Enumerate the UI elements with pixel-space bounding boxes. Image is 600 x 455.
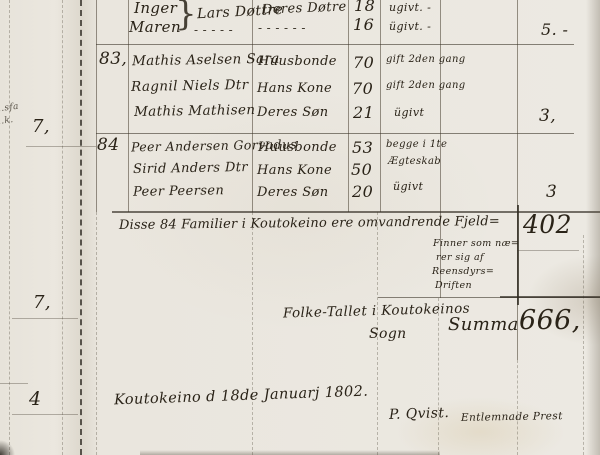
member-status: gift 2den gang (386, 55, 466, 65)
column-rule (517, 360, 518, 455)
summary-note-line: Driften (435, 281, 472, 291)
family-size-total: 3, (539, 108, 556, 125)
member-age: 20 (352, 184, 373, 200)
right-edge-shadow (586, 0, 600, 455)
member-relation: Deres Søn (257, 106, 329, 119)
column-rule (348, 0, 349, 212)
column-rule (252, 212, 253, 455)
summa-label: Summa (448, 316, 519, 334)
margin-underline (26, 146, 96, 147)
member-status: ügivt. - (389, 21, 431, 32)
signature: P. Qvist. (389, 406, 450, 422)
edge-text-fragment: ..k. (0, 116, 14, 127)
member-age: 70 (352, 81, 373, 97)
total-caption: Folke-Tallet i Koutokeinos (283, 303, 470, 321)
left-page-rule (62, 0, 63, 455)
cell-rule (517, 250, 579, 251)
bottom-left-corner-shadow (0, 430, 16, 455)
family-number: 83, (99, 51, 127, 68)
member-status: gift 2den gang (386, 81, 466, 91)
member-status: ügivt (394, 107, 424, 118)
member-name: Ragnil Niels Dtr (131, 79, 249, 95)
member-name: Sirid Anders Dtr (133, 161, 248, 176)
column-rule (517, 0, 518, 360)
edge-text-fragment: ..sfa (0, 103, 20, 115)
member-relation: Deres Søn (257, 186, 329, 199)
member-age: 70 (353, 55, 374, 71)
member-age: 53 (352, 140, 373, 156)
total-caption: Sogn (369, 327, 407, 341)
family-size-total: 3 (546, 184, 557, 201)
ditto-dashes: - - - - - (194, 24, 233, 36)
member-name: Maren (129, 20, 181, 35)
margin-underline (12, 414, 78, 415)
grand-total: 666, (519, 307, 581, 334)
summary-text: Disse 84 Familier i Koutokeino ere omvan… (119, 215, 500, 232)
signature-title: Entlemnade Prest (461, 411, 563, 423)
binding-gutter (80, 0, 82, 455)
member-name: Mathis Mathisen (134, 104, 256, 120)
member-status: ügivt (393, 181, 423, 192)
member-relation: Deres Døtre (262, 1, 347, 17)
bottom-edge-shadow (140, 450, 440, 455)
member-age: 21 (353, 105, 374, 121)
row-rule-dark (500, 296, 600, 298)
census-manuscript-page: ..sfa ..k. 7, 7, 4 Inger Maren (0, 0, 600, 455)
column-rule (380, 0, 381, 212)
dateline: Koutokeino d 18de Januarj 1802. (114, 385, 369, 408)
summary-note-line: Reensdyrs= (432, 267, 494, 277)
column-rule-dark (517, 205, 519, 305)
summary-note-line: Finner som næ= (433, 239, 519, 249)
margin-number: 4 (29, 390, 42, 409)
member-age: 50 (351, 162, 372, 178)
column-rule (438, 298, 439, 455)
left-page-rule (9, 0, 10, 455)
member-relation: Hans Kone (257, 164, 332, 177)
family-size-total: 5. - (541, 22, 568, 38)
margin-number: 7, (32, 118, 50, 136)
column-rule (96, 212, 97, 455)
column-rule (583, 235, 584, 455)
row-rule (96, 44, 574, 45)
margin-number: 7, (33, 294, 51, 312)
member-name: Peer Peersen (133, 184, 224, 199)
member-name: Inger (134, 1, 177, 16)
member-relation: Huusbonde (258, 141, 337, 154)
summary-note-line: rer sig af (436, 253, 484, 263)
member-age: 18 (354, 0, 375, 14)
member-status: Ægteskab (388, 157, 441, 167)
summary-total: 402 (523, 212, 572, 237)
member-relation: Hans Kone (257, 82, 332, 95)
member-age: 16 (353, 17, 374, 33)
row-rule (96, 133, 574, 134)
column-rule (96, 0, 97, 212)
member-status: ugivt. - (389, 2, 431, 13)
member-relation: Huusbonde (258, 55, 337, 68)
family-number: 84 (97, 137, 119, 154)
margin-rule (0, 383, 28, 384)
member-status: begge i 1te (386, 140, 447, 150)
margin-underline (12, 318, 78, 319)
ditto-dashes: - - - - - - (258, 22, 306, 34)
